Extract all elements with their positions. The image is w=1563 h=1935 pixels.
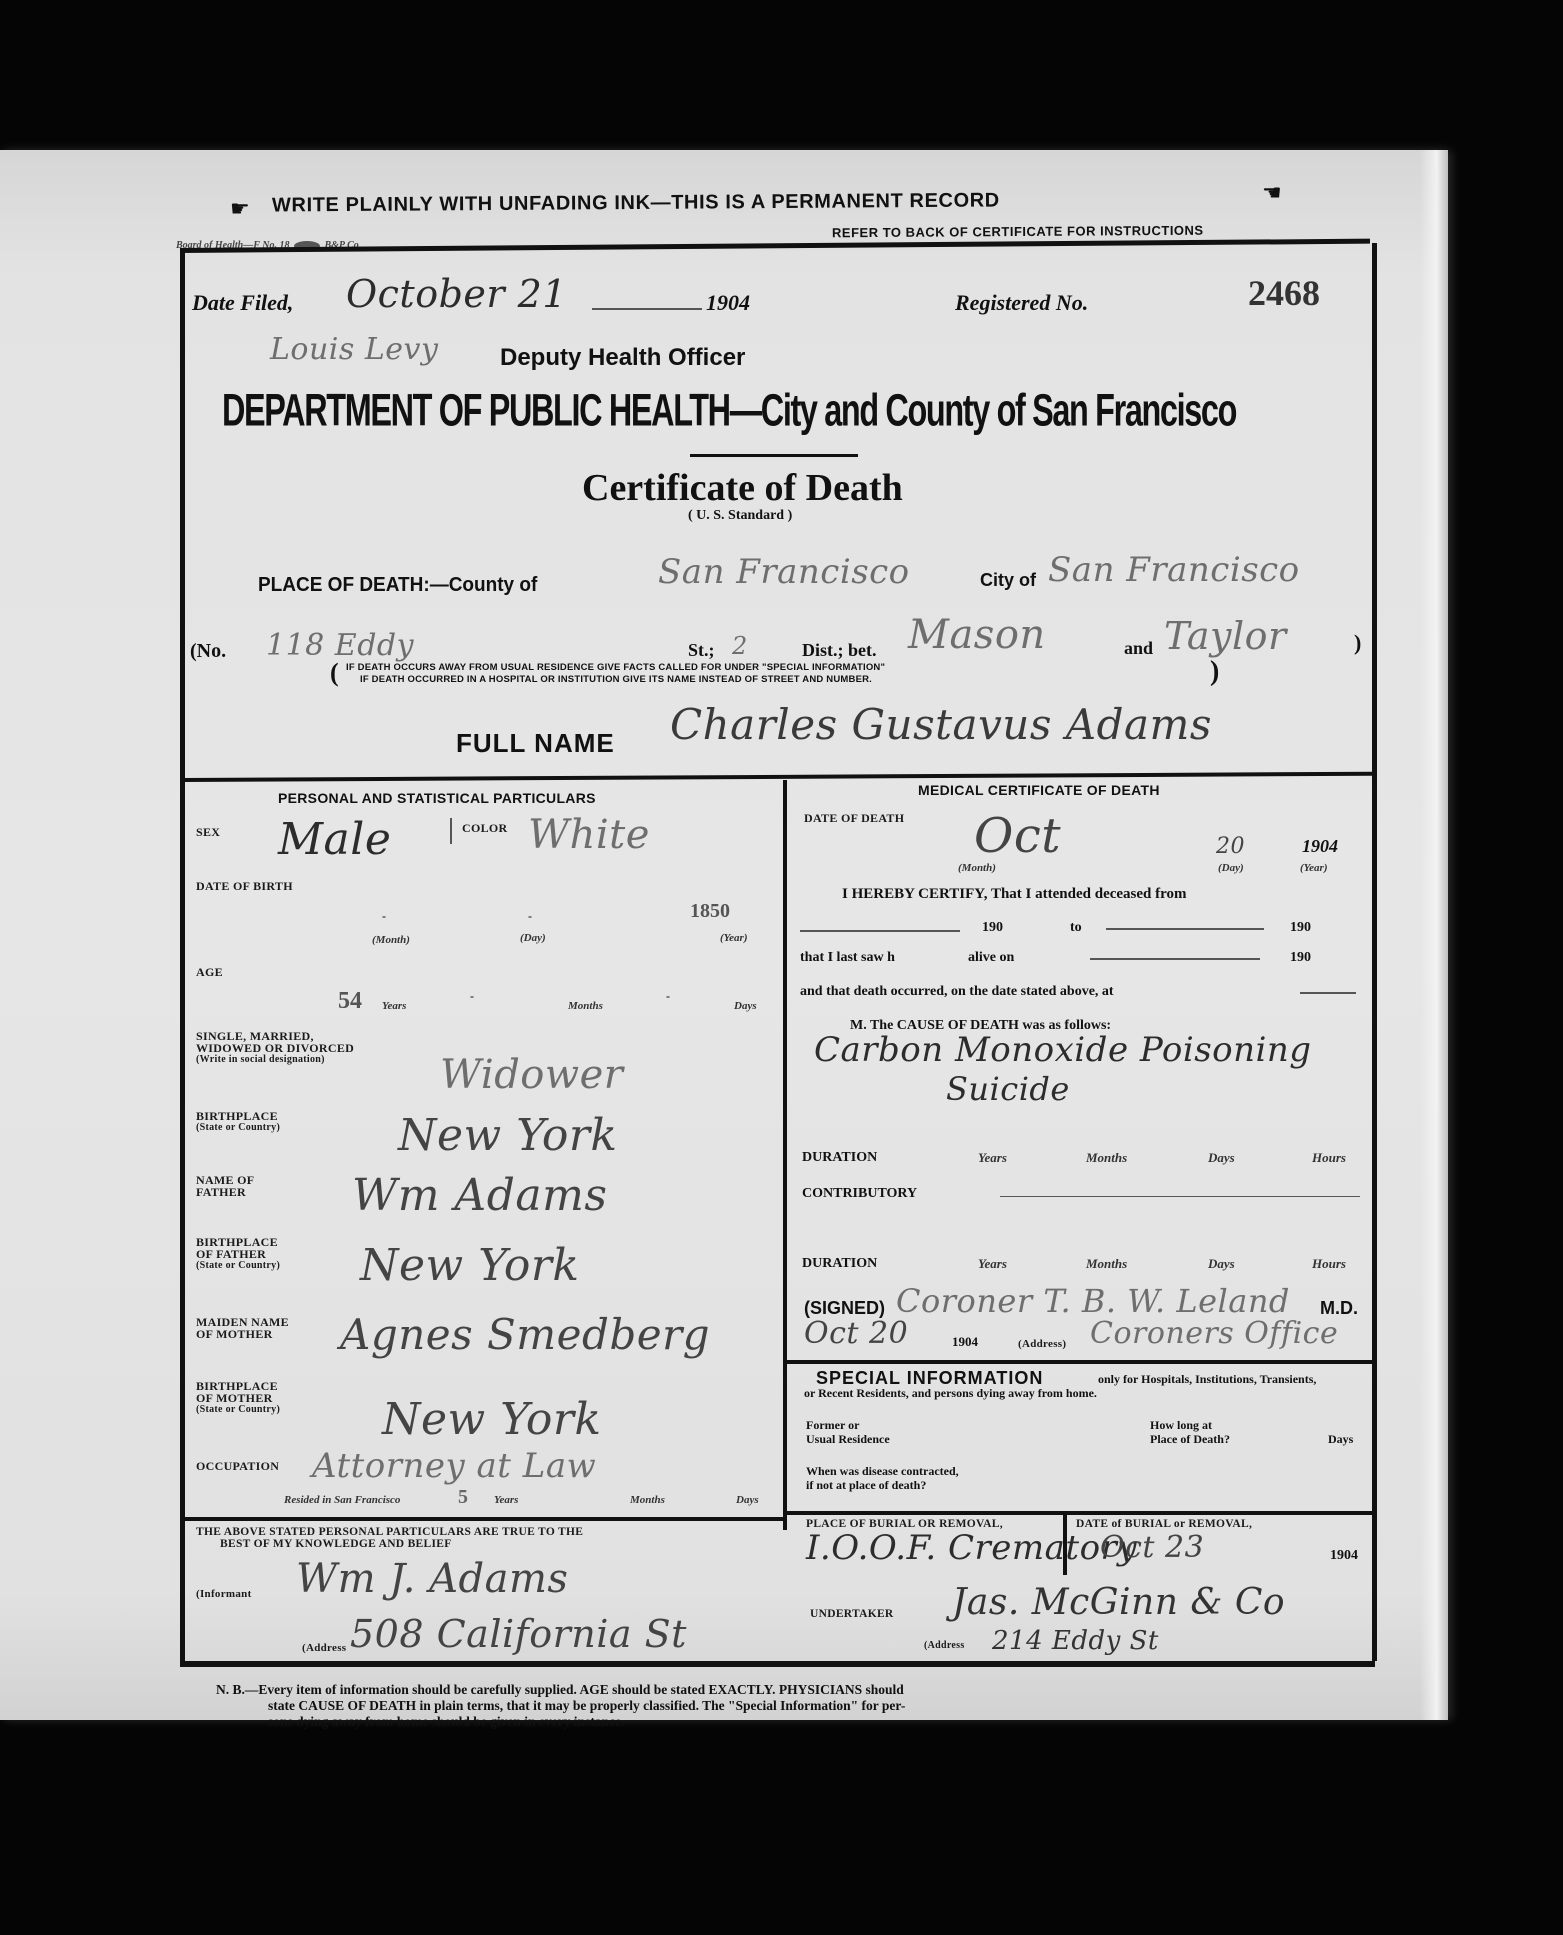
how-long-label-2: Place of Death? — [1150, 1432, 1230, 1447]
informant-statement-2: BEST OF MY KNOWLEDGE AND BELIEF — [220, 1538, 452, 1550]
color-value[interactable]: White — [528, 812, 650, 858]
informant-value[interactable]: Wm J. Adams — [296, 1556, 568, 1602]
between-street-2[interactable]: Taylor — [1164, 614, 1287, 658]
note-hospital: IF DEATH OCCURRED IN A HOSPITAL OR INSTI… — [360, 674, 872, 685]
dod-month[interactable]: Oct — [974, 808, 1061, 864]
dob-month[interactable]: - — [382, 910, 386, 922]
cause-line-1[interactable]: Carbon Monoxide Poisoning — [814, 1030, 1312, 1070]
burial-date-value[interactable]: Oct 23 — [1100, 1530, 1204, 1565]
informant-label: (Informant — [196, 1588, 252, 1600]
and-label: and — [1124, 638, 1153, 659]
dod-label: DATE OF DEATH — [804, 812, 904, 824]
occupation-value[interactable]: Attorney at Law — [312, 1446, 596, 1486]
dob-day-caption: (Day) — [520, 932, 546, 944]
occurred-blank — [1300, 992, 1356, 994]
informant-divider — [182, 1517, 784, 1521]
cause-line-2[interactable]: Suicide — [946, 1070, 1070, 1108]
registered-number[interactable]: 2468 — [1248, 272, 1320, 314]
resided-years-caption: Years — [494, 1494, 518, 1506]
certificate-title: Certificate of Death — [582, 466, 903, 510]
marital-label: SINGLE, MARRIED, WIDOWED OR DIVORCED (Wr… — [196, 1030, 354, 1066]
date-filed-blank — [592, 308, 702, 310]
instructions-note: REFER TO BACK OF CERTIFICATE FOR INSTRUC… — [832, 223, 1204, 241]
attended-from-year: 190 — [982, 920, 1003, 936]
dod-year-caption: (Year) — [1300, 862, 1328, 874]
county-value[interactable]: San Francisco — [658, 552, 910, 592]
duration-days-2: Days — [1208, 1256, 1235, 1272]
date-filed-value[interactable]: October 21 — [346, 272, 567, 316]
father-name-value[interactable]: Wm Adams — [352, 1170, 607, 1221]
title-separator — [690, 454, 858, 457]
father-bp-line2: OF FATHER — [196, 1248, 280, 1260]
informant-statement-1: THE ABOVE STATED PERSONAL PARTICULARS AR… — [196, 1526, 583, 1538]
signed-value[interactable]: Coroner T. B. W. Leland — [896, 1282, 1290, 1320]
paper-edge — [1420, 150, 1448, 1720]
dod-year[interactable]: 1904 — [1302, 836, 1338, 857]
district-value[interactable]: 2 — [732, 632, 748, 660]
informant-address-label: (Address — [302, 1642, 346, 1654]
burial-date-label: DATE of BURIAL or REMOVAL, — [1076, 1518, 1252, 1530]
burial-year[interactable]: 1904 — [1330, 1548, 1358, 1564]
resided-months-caption: Months — [630, 1494, 665, 1506]
medical-heading: MEDICAL CERTIFICATE OF DEATH — [918, 782, 1160, 798]
special-info-divider — [787, 1360, 1375, 1364]
footnote-line-3: sons dying away from home should be give… — [268, 1714, 624, 1730]
city-value[interactable]: San Francisco — [1048, 550, 1300, 590]
pointing-hand-right-icon: ☛ — [1262, 180, 1282, 206]
special-info-note-1: only for Hospitals, Institutions, Transi… — [1098, 1372, 1316, 1387]
duration-label-1: DURATION — [802, 1150, 877, 1166]
former-residence-label-2: Usual Residence — [806, 1432, 890, 1447]
city-label: City of — [980, 570, 1036, 591]
between-street-1[interactable]: Mason — [908, 612, 1046, 658]
district-label: Dist.; bet. — [802, 640, 877, 661]
contracted-label-1: When was disease contracted, — [806, 1464, 959, 1479]
burial-divider — [787, 1511, 1375, 1515]
street-address-value[interactable]: 118 Eddy — [266, 628, 414, 663]
age-days-caption: Days — [734, 1000, 757, 1012]
occurred-line: and that death occurred, on the date sta… — [800, 984, 1114, 1000]
pointing-hand-left-icon: ☛ — [230, 196, 250, 222]
duration-days-1: Days — [1208, 1150, 1235, 1166]
birthplace-label-line2: (State or Country) — [196, 1122, 280, 1134]
department-heading: DEPARTMENT OF PUBLIC HEALTH—City and Cou… — [222, 384, 1236, 437]
birthplace-value[interactable]: New York — [398, 1110, 618, 1161]
duration-hours-1: Hours — [1312, 1150, 1346, 1166]
duration-years-2: Years — [978, 1256, 1007, 1272]
date-filed-label: Date Filed, — [192, 290, 293, 316]
mother-bp-line3: (State or Country) — [196, 1404, 280, 1416]
marital-label-line3: (Write in social designation) — [196, 1054, 354, 1066]
resided-days-caption: Days — [736, 1494, 759, 1506]
contributory-label: CONTRIBUTORY — [802, 1186, 917, 1202]
age-years-caption: Years — [382, 1000, 406, 1012]
duration-months-1: Months — [1086, 1150, 1127, 1166]
medical-address-label: (Address) — [1018, 1338, 1066, 1350]
father-bp-line3: (State or Country) — [196, 1260, 280, 1272]
mother-birthplace-label: BIRTHPLACE OF MOTHER (State or Country) — [196, 1380, 280, 1416]
age-days[interactable]: - — [666, 990, 670, 1002]
paren-close: ) — [1354, 630, 1361, 656]
certify-line: I HEREBY CERTIFY, That I attended deceas… — [842, 886, 1187, 903]
last-saw-label: that I last saw h — [800, 950, 895, 966]
mother-bp-line2: OF MOTHER — [196, 1392, 280, 1404]
dod-month-caption: (Month) — [958, 862, 996, 874]
last-saw-blank — [1090, 958, 1260, 960]
father-name-label: NAME OF FATHER — [196, 1174, 254, 1198]
age-label: AGE — [196, 966, 223, 978]
marital-value[interactable]: Widower — [440, 1052, 623, 1098]
how-long-days-label: Days — [1328, 1432, 1353, 1447]
attended-to-label: to — [1070, 920, 1082, 936]
personal-heading: PERSONAL AND STATISTICAL PARTICULARS — [278, 790, 596, 806]
age-months-caption: Months — [568, 1000, 603, 1012]
duration-years-1: Years — [978, 1150, 1007, 1166]
attended-to-blank — [1106, 928, 1264, 930]
resided-years[interactable]: 5 — [458, 1486, 468, 1509]
place-of-death-label: PLACE OF DEATH:—County of — [258, 574, 537, 597]
mother-name-value[interactable]: Agnes Smedberg — [340, 1310, 710, 1359]
mother-label-line2: OF MOTHER — [196, 1328, 289, 1340]
contracted-label-2: if not at place of death? — [806, 1478, 926, 1493]
resided-label: Resided in San Francisco — [284, 1494, 400, 1506]
undertaker-label: UNDERTAKER — [810, 1608, 894, 1620]
attended-from-blank — [800, 930, 960, 932]
full-name-label: FULL NAME — [456, 728, 615, 759]
informant-address-value[interactable]: 508 California St — [350, 1612, 687, 1656]
officer-title: Deputy Health Officer — [500, 344, 745, 372]
duration-months-2: Months — [1086, 1256, 1127, 1272]
how-long-label-1: How long at — [1150, 1418, 1212, 1433]
father-label-line2: FATHER — [196, 1186, 254, 1198]
father-birthplace-label: BIRTHPLACE OF FATHER (State or Country) — [196, 1236, 280, 1272]
footnote-line-1: N. B.—Every item of information should b… — [216, 1682, 904, 1698]
sex-value[interactable]: Male — [278, 814, 391, 865]
dob-year-caption: (Year) — [720, 932, 748, 944]
paren-open-icon: ( — [330, 658, 339, 688]
dob-month-caption: (Month) — [372, 934, 410, 946]
frame-right-border — [1372, 243, 1377, 1661]
frame-bottom-border — [180, 1661, 1375, 1667]
burial-place-value[interactable]: I.O.O.F. Crematory — [806, 1528, 1137, 1568]
mother-birthplace-value[interactable]: New York — [382, 1394, 602, 1445]
us-standard-label: ( U. S. Standard ) — [688, 508, 792, 524]
date-filed-year[interactable]: 1904 — [706, 290, 750, 316]
birthplace-label-line1: BIRTHPLACE — [196, 1110, 280, 1122]
paren-close-icon: ) — [1210, 656, 1219, 688]
age-months[interactable]: - — [470, 990, 474, 1002]
special-info-note-2: or Recent Residents, and persons dying a… — [804, 1386, 1097, 1401]
undertaker-address-label: (Address — [924, 1640, 965, 1652]
alive-on-label: alive on — [968, 950, 1014, 966]
frame-left-border — [180, 250, 185, 1664]
note-away-from-residence: IF DEATH OCCURS AWAY FROM USUAL RESIDENC… — [346, 662, 885, 673]
occupation-label: OCCUPATION — [196, 1460, 279, 1472]
dob-day[interactable]: - — [528, 910, 532, 922]
attended-to-year: 190 — [1290, 920, 1311, 936]
last-saw-year: 190 — [1290, 950, 1311, 966]
signed-date[interactable]: Oct 20 — [804, 1316, 908, 1351]
father-birthplace-value[interactable]: New York — [360, 1240, 580, 1291]
duration-hours-2: Hours — [1312, 1256, 1346, 1272]
signed-year[interactable]: 1904 — [952, 1334, 978, 1350]
full-name-value[interactable]: Charles Gustavus Adams — [670, 700, 1212, 749]
sex-label: SEX — [196, 826, 220, 838]
street-label: St.; — [688, 640, 715, 661]
marital-label-line2: WIDOWED OR DIVORCED — [196, 1042, 354, 1054]
street-no-label: (No. — [190, 640, 226, 663]
column-divider — [783, 780, 787, 1530]
dod-day[interactable]: 20 — [1216, 834, 1245, 859]
dod-day-caption: (Day) — [1218, 862, 1244, 874]
age-years[interactable]: 54 — [338, 988, 362, 1015]
registered-label: Registered No. — [955, 290, 1088, 316]
duration-label-2: DURATION — [802, 1256, 877, 1272]
medical-address-value[interactable]: Coroners Office — [1090, 1316, 1338, 1351]
mother-name-label: MAIDEN NAME OF MOTHER — [196, 1316, 289, 1340]
sex-color-divider — [450, 818, 452, 844]
birthplace-label: BIRTHPLACE (State or Country) — [196, 1110, 280, 1134]
color-label: COLOR — [462, 822, 508, 834]
officer-signature[interactable]: Louis Levy — [270, 332, 438, 367]
footnote-line-2: state CAUSE OF DEATH in plain terms, tha… — [268, 1698, 905, 1714]
former-residence-label-1: Former or — [806, 1418, 859, 1433]
dob-year[interactable]: 1850 — [690, 900, 730, 923]
undertaker-value[interactable]: Jas. McGinn & Co — [952, 1582, 1285, 1623]
contributory-blank — [1000, 1196, 1360, 1197]
undertaker-address-value[interactable]: 214 Eddy St — [992, 1626, 1159, 1656]
dob-label: DATE OF BIRTH — [196, 880, 293, 892]
